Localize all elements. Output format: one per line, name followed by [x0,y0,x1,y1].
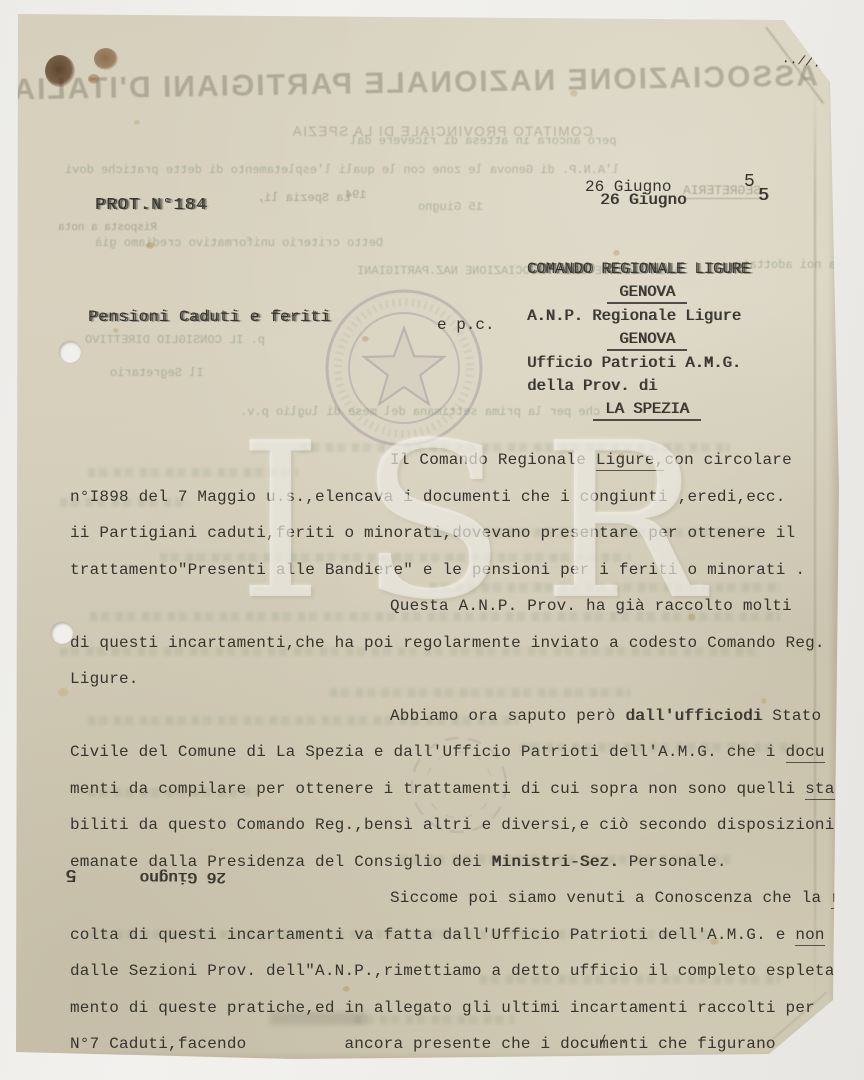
recipient-text: COMANDO REGIONALE LIGURE [527,260,750,278]
body-line: Abbiamo ora saputo però dall'ufficiodi S… [70,698,842,735]
bleedthrough-text-fragment: La Spezia li, [257,191,351,205]
body-line: Civile del Comune di La Spezia e dall'Uf… [70,734,842,771]
bleedthrough-letterhead-title: ASSOCIAZIONE NAZIONALE PARTIGIANI D'ITAL… [54,59,818,106]
recipient-line: Ufficio Patrioti A.M.G. [527,352,767,375]
recipient-text: GENOVA [607,283,687,304]
recipient-text: della Prov. di [527,377,657,395]
paper-stain [94,48,118,70]
bleedthrough-text-fragment: Il Segretario [110,366,204,380]
subject-line: Pensioni Caduti e feriti [88,308,330,326]
erased-word-ghost [270,1012,366,1025]
copy-number-impression-1: 5 [744,172,755,192]
paper-stain [146,242,155,249]
paper-stain [570,90,578,97]
recipient-line: COMANDO REGIONALE LIGURE [527,258,767,281]
body-line: mento di queste pratiche,ed in allegato … [70,990,842,1027]
paper-stain [58,688,69,697]
paper-stain [45,55,75,87]
bleedthrough-text-fragment: Detto criterio uniformativo crediamo già [95,236,383,250]
recipient-line: GENOVA [527,281,767,304]
recipient-line: A.N.P. Regionale Ligure [527,305,767,328]
body-line: Ligure. [70,661,842,698]
paper-stain [113,328,119,333]
punch-hole-top [59,341,81,363]
bleedthrough-text-fragment: 194 [345,188,367,202]
recipient-line: GENOVA [527,328,767,351]
body-line: colta di questi incartamenti va fatta da… [70,917,842,954]
date-stamp-impression-2: 26 Giugno [600,191,686,209]
bleedthrough-text-fragment: però ancora in attesa di ricevere dal [350,134,616,148]
body-line: menti da compilare per ottenere i tratta… [70,771,842,808]
paper-stain [613,250,620,256]
recipient-text: A.N.P. Regionale Ligure [527,307,741,325]
cc-label: e p.c. [437,316,495,334]
recipient-text: Ufficio Patrioti A.M.G. [527,354,741,372]
copy-number-impression-2: 5 [758,186,769,206]
protocol-number: PROT.N°184 [95,196,207,215]
bleedthrough-text-fragment: p. IL CONSIGLIO DIRETTIVO [85,333,265,347]
upside-down-copy-number: 5 [66,864,77,884]
document-paper-sheet: ASSOCIAZIONE NAZIONALE PARTIGIANI D'ITAL… [14,10,844,1065]
punch-hole-bottom [51,622,73,644]
body-line: dalle Sezioni Prov. dell"A.N.P.,rimettia… [70,953,842,990]
body-line: biliti da questo Comando Reg.,bensì altr… [70,807,842,844]
archive-watermark: ISR [238,414,740,629]
bleedthrough-text-fragment: Risposta a nota [58,222,157,234]
recipient-block: COMANDO REGIONALE LIGUREGENOVA [527,258,767,305]
bleedthrough-text-fragment: l'A.N.P. di Genova le zone con le quali … [65,163,620,177]
paper-stain [134,120,140,125]
bleedthrough-text-fragment: 15 Giugno [418,200,483,214]
upside-down-date-stamp: 26 Giugno [140,868,226,886]
paper-stain [88,74,100,84]
recipient-line: della Prov. di [527,375,767,398]
recipient-text: GENOVA [607,330,687,351]
recipient-block: A.N.P. Regionale LigureGENOVA [527,305,767,352]
